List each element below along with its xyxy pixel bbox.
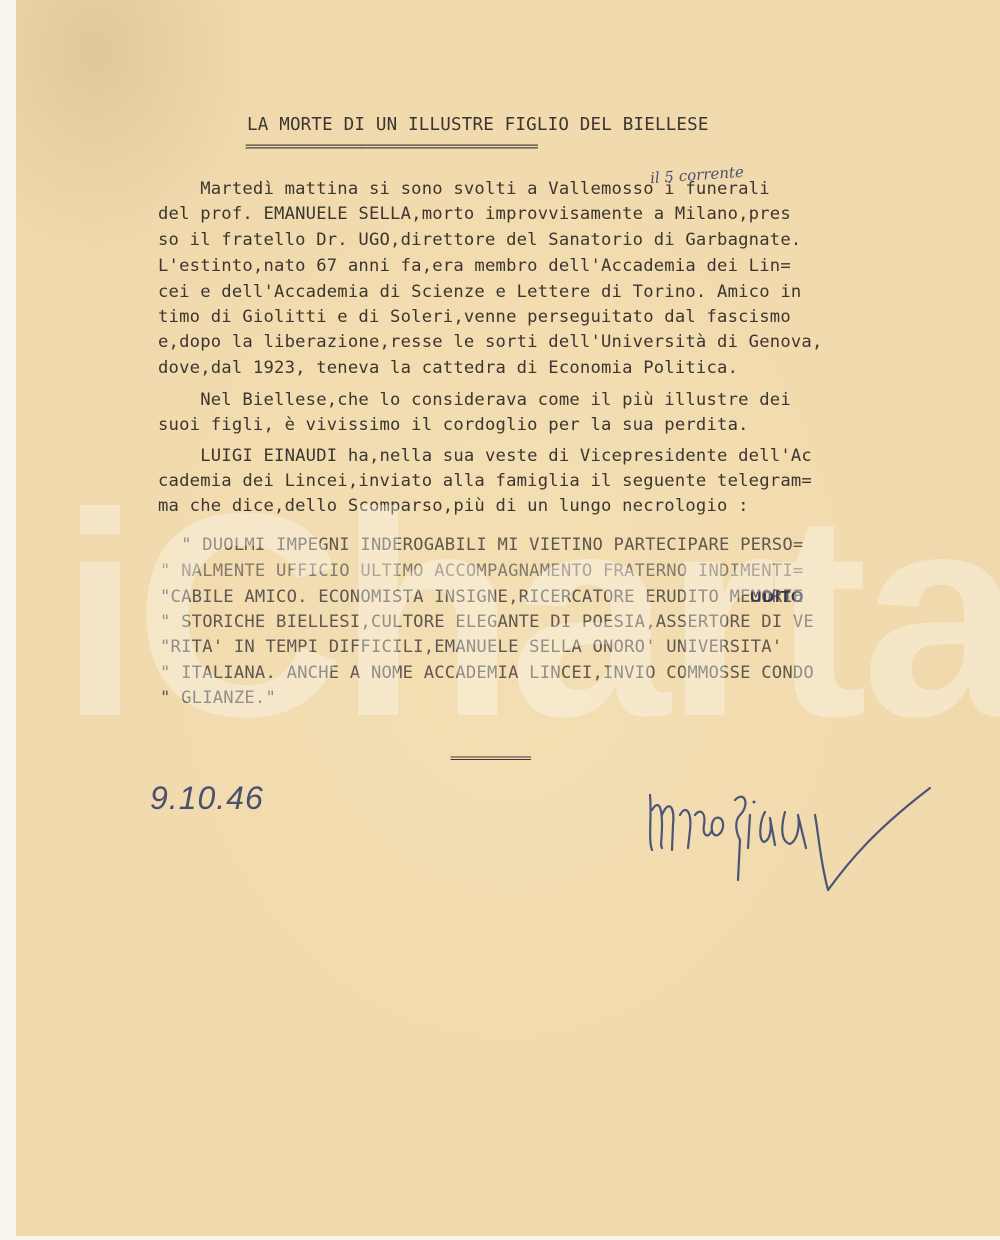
body-line: cademia dei Lincei,inviato alla famiglia… xyxy=(158,473,812,490)
body-line: suoi figli, è vivissimo il cordoglio per… xyxy=(158,417,749,434)
signature xyxy=(640,770,950,900)
title-underline: ========================================… xyxy=(245,140,537,154)
body-line: L'estinto,nato 67 anni fa,era membro del… xyxy=(158,258,791,275)
telegram-line: " GLIANZE." xyxy=(160,690,276,707)
body-line: Nel Biellese,che lo considerava come il … xyxy=(158,392,791,409)
telegram-line: " NALMENTE UFFICIO ULTIMO ACCOMPAGNAMENT… xyxy=(160,563,803,580)
body-line: so il fratello Dr. UGO,direttore del San… xyxy=(158,232,801,249)
body-line: e,dopo la liberazione,resse le sorti del… xyxy=(158,334,823,351)
telegram-line: " ITALIANA. ANCHE A NOME ACCADEMIA LINCE… xyxy=(160,665,814,682)
body-line: timo di Giolitti e di Soleri,venne perse… xyxy=(158,309,791,326)
handwritten-date: 9.10.46 xyxy=(150,780,264,817)
body-line: dove,dal 1923, teneva la cattedra di Eco… xyxy=(158,360,738,377)
body-line: ma che dice,dello Scomparso,più di un lu… xyxy=(158,498,749,515)
document-title: LA MORTE DI UN ILLUSTRE FIGLIO DEL BIELL… xyxy=(247,117,709,135)
telegram-line: " DUOLMI IMPEGNI INDEROGABILI MI VIETINO… xyxy=(160,537,803,554)
body-line: cei e dell'Accademia di Scienze e Letter… xyxy=(158,284,801,301)
body-line: LUIGI EINAUDI ha,nella sua veste di Vice… xyxy=(158,448,812,465)
telegram-line: " STORICHE BIELLESI,CULTORE ELEGANTE DI … xyxy=(160,614,814,631)
telegram-line: "RITA' IN TEMPI DIFFICILI,EMANUELE SELLA… xyxy=(160,639,782,656)
closing-separator: ============== xyxy=(450,752,530,764)
handwritten-correction: UDITO xyxy=(750,589,804,607)
telegram-line: "CABILE AMICO. ECONOMISTA INSIGNE,RICERC… xyxy=(160,589,803,606)
body-line: del prof. EMANUELE SELLA,morto improvvis… xyxy=(158,206,791,223)
